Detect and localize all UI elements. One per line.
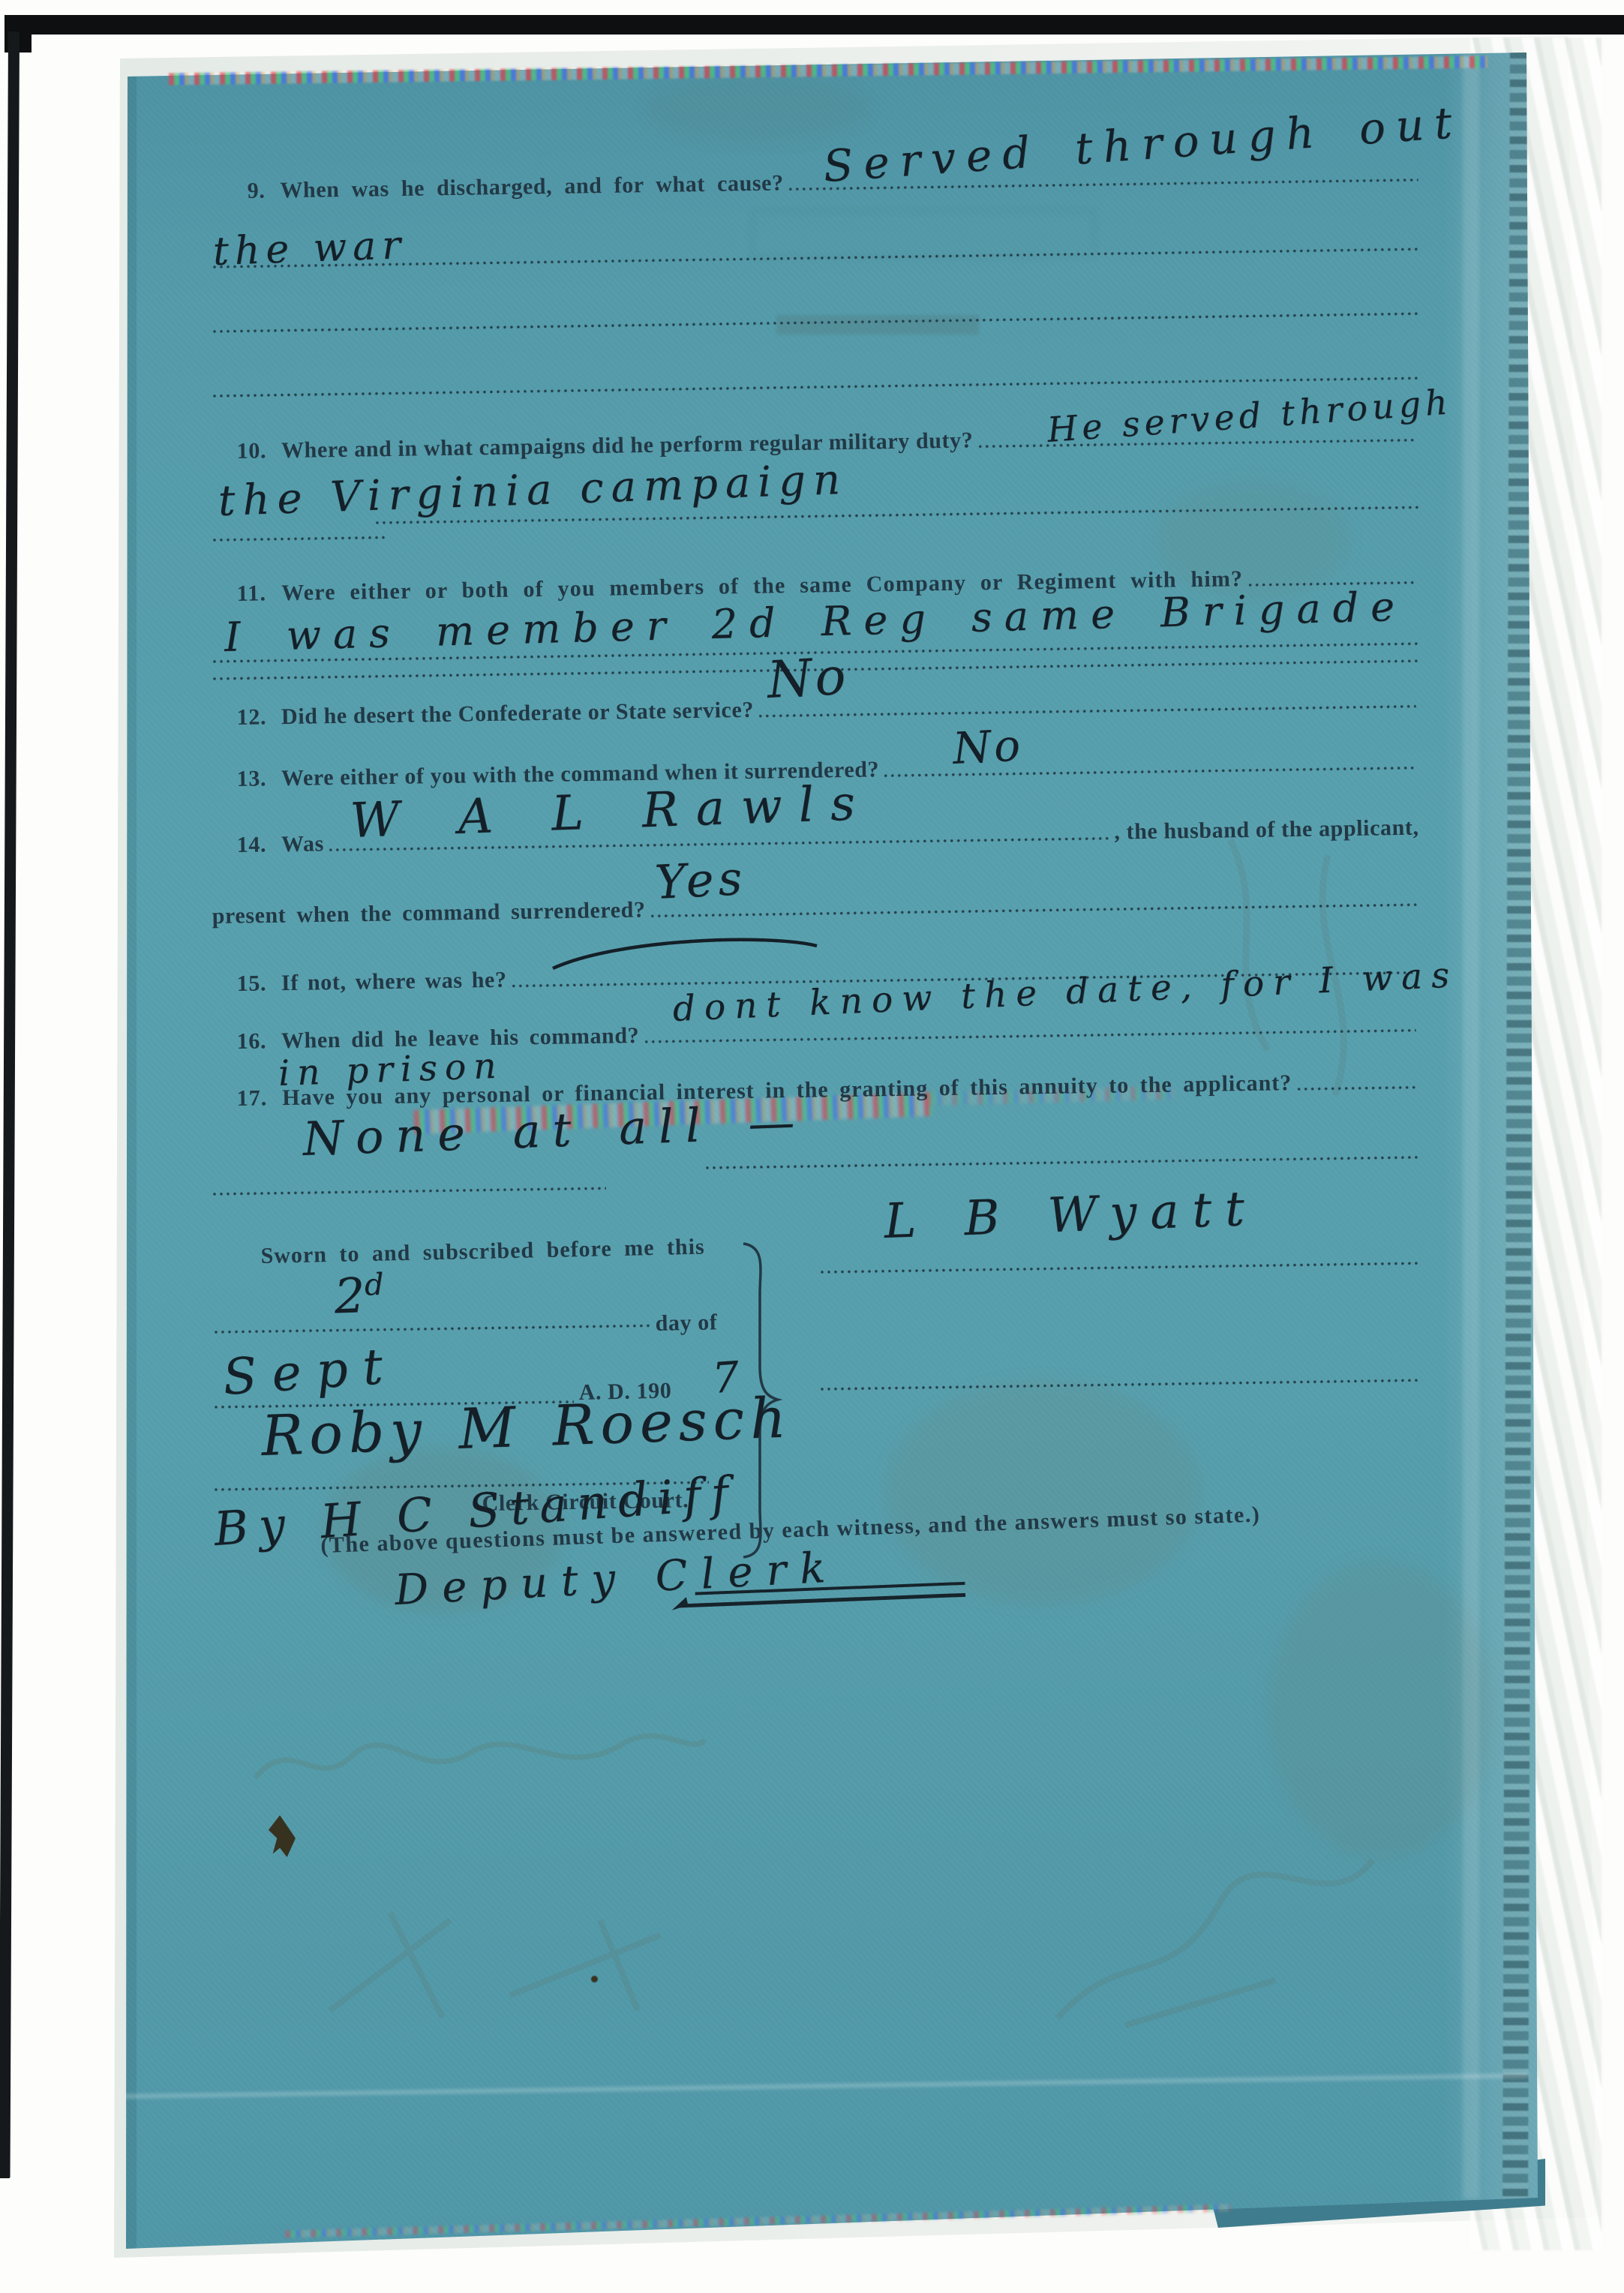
scanner-edge-left [0, 32, 20, 2178]
question-number: 10. [236, 438, 266, 464]
handwritten-answer-16-line2: in prison [278, 1046, 504, 1094]
question-number: 14. [236, 832, 266, 858]
small-speck [591, 1976, 598, 1982]
paper-stain [885, 1380, 1200, 1605]
handwritten-answer-14: Yes [653, 851, 748, 910]
question-number: 15. [236, 971, 266, 997]
pen-flourish [551, 934, 821, 973]
question-text-after: , the husband of the applicant, [1114, 815, 1419, 845]
day-ordinal-suffix: d [364, 1268, 384, 1303]
question-number: 16. [236, 1028, 266, 1055]
scanner-edge-top [5, 15, 1624, 35]
handwritten-answer-12: No [766, 647, 850, 710]
handwritten-answer-9-line2: the war [212, 223, 407, 275]
showthrough-handwriting [1035, 1830, 1395, 2040]
question-text: If not, where was he? [281, 968, 507, 996]
paper-right-crease [1463, 54, 1479, 2199]
question-number: 17. [236, 1085, 267, 1112]
question-text: Was [281, 831, 324, 857]
emphasis-arrow-tip [671, 1597, 689, 1613]
question-number: 9. [247, 179, 265, 204]
handwritten-day: 2d [333, 1268, 385, 1325]
question-number: 11. [236, 581, 266, 607]
question-number: 13. [236, 766, 266, 792]
handwritten-answer-13: No [951, 719, 1024, 774]
showthrough-handwriting [315, 1905, 705, 2025]
question-number: 12. [236, 704, 266, 731]
scanned-document-page: 9. When was he discharged, and for what … [0, 0, 1624, 2293]
paper-stain [645, 75, 870, 143]
showthrough-handwriting [248, 1710, 713, 1808]
handwritten-month: Sept [221, 1337, 400, 1406]
day-of-label: day of [655, 1310, 717, 1337]
paper-stain [1268, 1560, 1493, 1860]
dotted-leader [1296, 1085, 1415, 1092]
